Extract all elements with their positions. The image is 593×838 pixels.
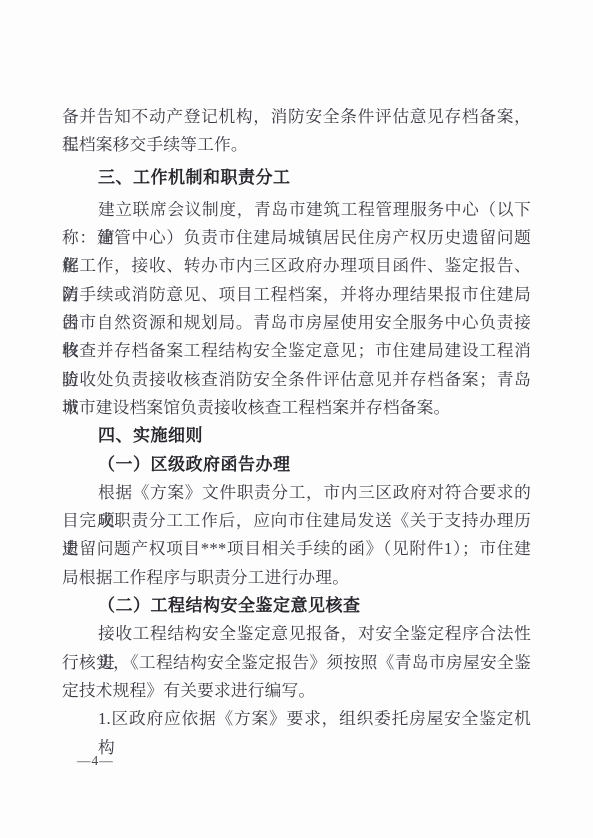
body-line: 解工作，接收、转办市内三区政府办理项目函件、鉴定报告、消 [62, 252, 531, 280]
document-text-block: 备并告知不动产登记机构，消防安全条件评估意见存档备案，工 程档案移交手续等工作。… [62, 103, 531, 769]
body-line: 验收处负责接收核查消防安全条件评估意见并存档备案；青岛市 [62, 366, 531, 394]
section-heading-3: 三、工作机制和职责分工 [62, 164, 531, 192]
subsection-heading-2: （二）工程结构安全鉴定意见核查 [62, 592, 531, 620]
body-line: 防手续或消防意见、项目工程档案，并将办理结果报市住建局函 [62, 281, 531, 309]
body-line: 备并告知不动产登记机构，消防安全条件评估意见存档备案，工 [62, 103, 531, 131]
page-number: —4— [62, 753, 531, 769]
body-line: 核查并存档备案工程结构安全鉴定意见；市住建局建设工程消防 [62, 337, 531, 365]
body-line: 程档案移交手续等工作。 [62, 131, 531, 159]
body-line: 建立联席会议制度，青岛市建筑工程管理服务中心（以下简 [62, 196, 531, 224]
body-line: 局根据工作程序与职责分工进行办理。 [62, 564, 531, 592]
body-line: 遗留问题产权项目***项目相关手续的函》（见附件1）；市住建 [62, 535, 531, 563]
body-line: 告市自然资源和规划局。青岛市房屋使用安全服务中心负责接收 [62, 309, 531, 337]
body-line: 接收工程结构安全鉴定意见报备，对安全鉴定程序合法性进 [62, 620, 531, 648]
body-line: 1.区政府应依据《方案》要求，组织委托房屋安全鉴定机构 [62, 705, 531, 733]
body-line: 行核实，《工程结构安全鉴定报告》须按照《青岛市房屋安全鉴 [62, 649, 531, 677]
body-line: 城市建设档案馆负责接收核查工程档案并存档备案。 [62, 394, 531, 422]
body-line: 定技术规程》有关要求进行编写。 [62, 677, 531, 705]
body-line: 目完成职责分工工作后，应向市住建局发送《关于支持办理历史 [62, 507, 531, 535]
body-line: 根据《方案》文件职责分工，市内三区政府对符合要求的项 [62, 479, 531, 507]
section-heading-4: 四、实施细则 [62, 422, 531, 450]
document-page: 备并告知不动产登记机构，消防安全条件评估意见存档备案，工 程档案移交手续等工作。… [0, 0, 593, 838]
body-line: 称：建管中心）负责市住建局城镇居民住房产权历史遗留问题化 [62, 224, 531, 252]
subsection-heading-1: （一）区级政府函告办理 [62, 451, 531, 479]
